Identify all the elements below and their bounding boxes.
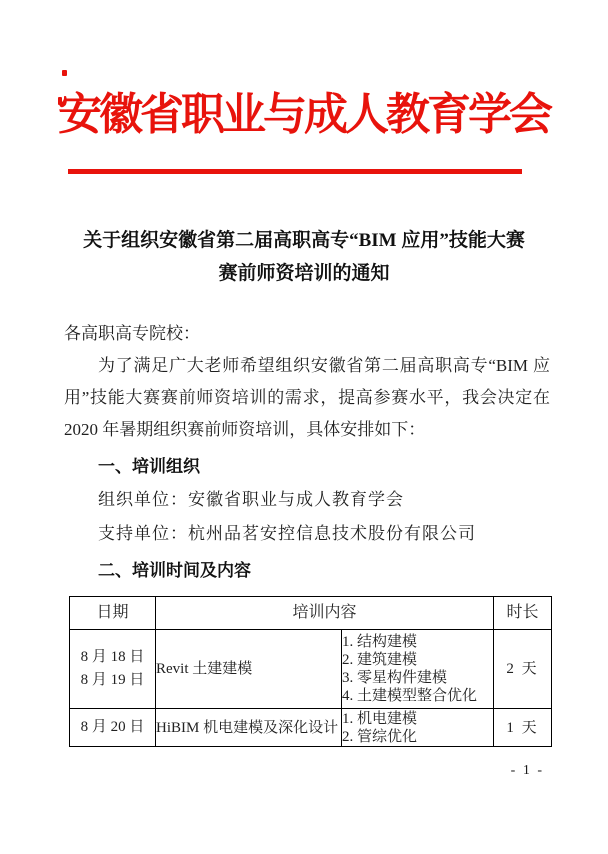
organizer-line: 组织单位：安徽省职业与成人教育学会	[64, 484, 550, 516]
duration-cell: 1 天	[494, 709, 552, 747]
letterhead-divider-rule	[68, 169, 522, 174]
date-cell: 8 月 20 日	[70, 709, 156, 747]
header-content: 培训内容	[156, 597, 494, 630]
supporter-line: 支持单位：杭州品茗安控信息技术股份有限公司	[64, 518, 550, 550]
date-cell: 8 月 18 日 8 月 19 日	[70, 630, 156, 709]
item-line: 1. 机电建模	[342, 710, 493, 728]
date-line: 8 月 20 日	[70, 716, 155, 739]
letterhead-org-name: 安徽省职业与成人教育学会	[0, 0, 608, 139]
header-duration: 时长	[494, 597, 552, 630]
salutation: 各高职高专院校：	[64, 318, 550, 350]
course-cell: HiBIM 机电建模及深化设计	[156, 709, 342, 747]
section1-heading: 一、培训组织	[64, 452, 550, 482]
table-header-row: 日期 培训内容 时长	[70, 597, 552, 630]
item-line: 1. 结构建模	[342, 633, 493, 651]
training-schedule-table: 日期 培训内容 时长 8 月 18 日 8 月 19 日 Revit 土建建模 …	[69, 596, 552, 747]
table-row: 8 月 18 日 8 月 19 日 Revit 土建建模 1. 结构建模 2. …	[70, 630, 552, 709]
section2-heading: 二、培训时间及内容	[64, 556, 550, 586]
item-line: 3. 零星构件建模	[342, 669, 493, 687]
intro-paragraph: 为了满足广大老师希望组织安徽省第二届高职高专“BIM 应用”技能大赛赛前师资培训…	[64, 350, 550, 446]
date-line: 8 月 19 日	[70, 669, 155, 692]
document-title-line2: 赛前师资培训的通知	[0, 257, 608, 290]
notice-document-page: 安徽省职业与成人教育学会 关于组织安徽省第二届高职高专“BIM 应用”技能大赛 …	[0, 0, 608, 854]
document-title-line1: 关于组织安徽省第二届高职高专“BIM 应用”技能大赛	[0, 224, 608, 257]
course-cell: Revit 土建建模	[156, 630, 342, 709]
page-number: - 1 -	[511, 763, 544, 779]
scan-artifact-speck	[58, 97, 62, 105]
date-line: 8 月 18 日	[70, 646, 155, 669]
scan-artifact-speck	[62, 70, 67, 76]
table-row: 8 月 20 日 HiBIM 机电建模及深化设计 1. 机电建模 2. 管综优化…	[70, 709, 552, 747]
item-line: 4. 土建模型整合优化	[342, 687, 493, 705]
document-title: 关于组织安徽省第二届高职高专“BIM 应用”技能大赛 赛前师资培训的通知	[0, 224, 608, 290]
items-cell: 1. 机电建模 2. 管综优化	[342, 709, 494, 747]
document-body: 各高职高专院校： 为了满足广大老师希望组织安徽省第二届高职高专“BIM 应用”技…	[0, 318, 608, 747]
header-date: 日期	[70, 597, 156, 630]
item-line: 2. 管综优化	[342, 728, 493, 746]
duration-cell: 2 天	[494, 630, 552, 709]
items-cell: 1. 结构建模 2. 建筑建模 3. 零星构件建模 4. 土建模型整合优化	[342, 630, 494, 709]
item-line: 2. 建筑建模	[342, 651, 493, 669]
